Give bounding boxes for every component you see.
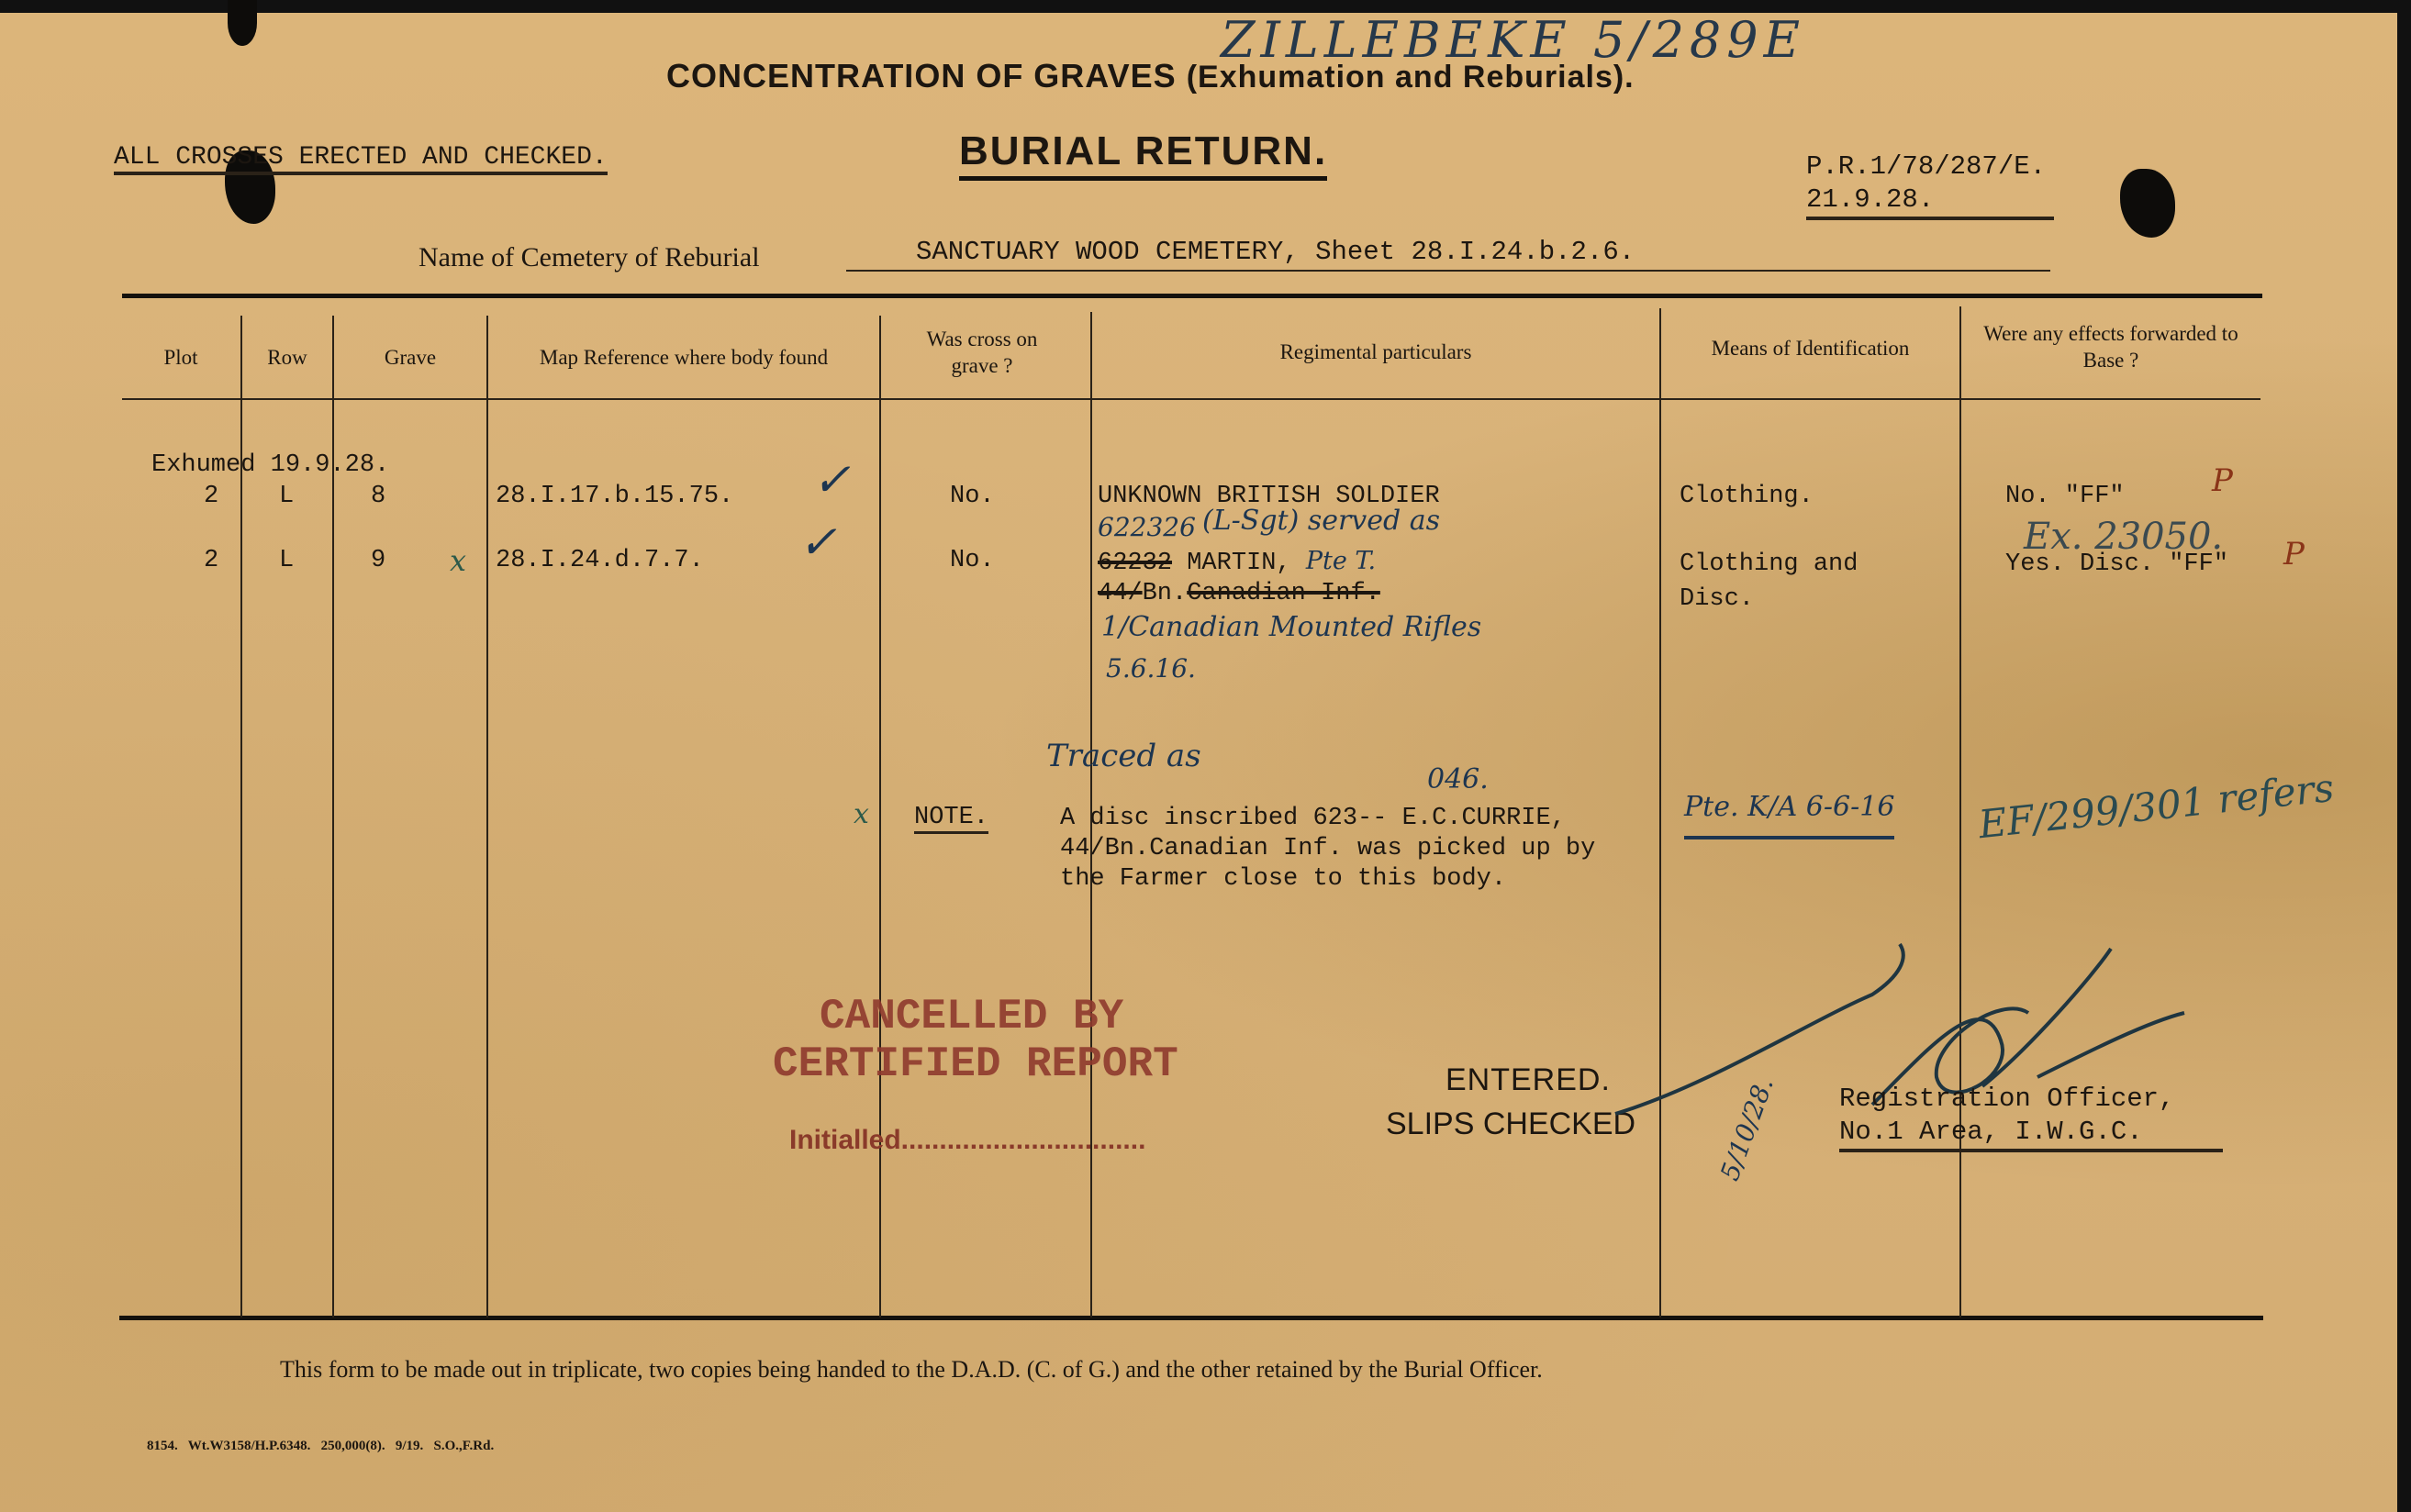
column-divider: [1959, 306, 1961, 1317]
cemetery-value: SANCTUARY WOOD CEMETERY, Sheet 28.I.24.b…: [916, 237, 1635, 267]
row2-effects: Yes. Disc. "FF": [2005, 550, 2228, 578]
note-line: the Farmer close to this body.: [1060, 864, 1595, 895]
row2-date-handwritten: 5.6.16.: [1106, 653, 1196, 684]
column-header-effects: Were any effects forwarded to Base ?: [1964, 321, 2258, 374]
check-mark-icon: ✓: [812, 453, 851, 506]
signature-title: Registration Officer, No.1 Area, I.W.G.C…: [1839, 1083, 2223, 1152]
signature-title-line2: No.1 Area, I.W.G.C.: [1839, 1116, 2223, 1152]
header-underline: [122, 398, 2260, 400]
cancelled-stamp-line2: CERTIFIED REPORT: [773, 1040, 1178, 1088]
cross-mark-icon: x: [450, 543, 466, 578]
title-suffix: (Exhumation and Reburials).: [1187, 60, 1635, 94]
row1-plot: 2: [204, 483, 218, 510]
unit-text: Bn.: [1143, 580, 1188, 607]
row2-map-reference: 28.I.24.d.7.7.: [496, 547, 704, 574]
row2-cross: No.: [950, 547, 995, 574]
column-header-regimental: Regimental particulars: [1092, 339, 1659, 366]
signature-title-line1: Registration Officer,: [1839, 1083, 2223, 1116]
reference-block: P.R.1/78/287/E. 21.9.28.: [1806, 150, 2054, 220]
row1-cross: No.: [950, 483, 995, 510]
row1-effects: No. "FF": [2005, 483, 2125, 510]
row2-rank-note-handwritten: (L-Sgt) served as: [1202, 505, 1440, 537]
form-title: CONCENTRATION OF GRAVES (Exhumation and …: [666, 57, 1635, 95]
note-line: A disc inscribed 623-- E.C.CURRIE,: [1060, 804, 1595, 834]
note-identification-handwritten: Pte. K/A 6-6-16: [1684, 791, 1894, 839]
row2-plot: 2: [204, 547, 218, 574]
soldier-name: MARTIN,: [1187, 550, 1290, 577]
struck-unit-number: 44/: [1098, 580, 1143, 607]
table-top-border: [122, 294, 2262, 298]
column-header-identification: Means of Identification: [1661, 336, 1959, 362]
row2-number-handwritten: 622326: [1098, 512, 1196, 542]
struck-number: 62232: [1098, 550, 1172, 577]
cemetery-label: Name of Cemetery of Reburial: [419, 242, 760, 273]
burial-return-document: ZILLEBEKE 5/289E CONCENTRATION OF GRAVES…: [0, 13, 2397, 1512]
name-handwritten: Pte T.: [1306, 547, 1376, 575]
paper-tear: [228, 0, 257, 46]
row2-row: L: [279, 547, 294, 574]
return-date: 21.9.28.: [1806, 183, 2054, 220]
page-title: BURIAL RETURN.: [959, 128, 1327, 181]
red-tick-mark: P: [2283, 536, 2305, 573]
column-divider: [1659, 308, 1661, 1317]
row2-regimental-name-line: 62232 MARTIN, Pte T.: [1098, 547, 1376, 577]
column-header-cross: Was cross on grave ?: [909, 327, 1055, 380]
row2-unit-line: 44/Bn.Canadian Inf.: [1098, 580, 1380, 607]
note-effects-handwritten: EF/299/301 refers: [1977, 765, 2337, 847]
note-handwritten-number: 046.: [1427, 763, 1489, 795]
cross-mark-icon: x: [854, 798, 869, 830]
cancelled-stamp-line1: CANCELLED BY: [820, 993, 1123, 1040]
row1-row: L: [279, 483, 294, 510]
note-handwritten-traced: Traced as: [1046, 738, 1201, 774]
exhumed-date: Exhumed 19.9.28.: [151, 451, 389, 479]
note-line: 44/Bn.Canadian Inf. was picked up by: [1060, 834, 1595, 864]
column-header-plot: Plot: [122, 345, 240, 372]
initialled-stamp: Initialled..............................…: [789, 1125, 1145, 1156]
crosses-note: ALL CROSSES ERECTED AND CHECKED.: [114, 143, 608, 175]
column-header-map-reference: Map Reference where body found: [488, 345, 879, 372]
cemetery-underline: [846, 270, 2050, 272]
row2-identification: Clothing and Disc.: [1680, 547, 1858, 617]
row1-map-reference: 28.I.17.b.15.75.: [496, 483, 733, 510]
column-header-grave: Grave: [334, 345, 486, 372]
entered-stamp: ENTERED.: [1445, 1062, 1611, 1098]
row2-grave: 9: [371, 547, 385, 574]
print-code: 8154. Wt.W3158/H.P.6348. 250,000(8). 9/1…: [147, 1439, 494, 1454]
note-label: NOTE.: [914, 804, 988, 834]
struck-unit-name: Canadian Inf.: [1187, 580, 1380, 607]
row1-identification: Clothing.: [1680, 483, 1814, 510]
check-mark-icon: ✓: [798, 516, 837, 569]
footer-instruction: This form to be made out in triplicate, …: [280, 1356, 1543, 1384]
table-bottom-border: [119, 1316, 2263, 1320]
column-divider: [486, 316, 488, 1317]
paper-hole: [2120, 169, 2175, 238]
row1-grave: 8: [371, 483, 385, 510]
row2-unit-handwritten: 1/Canadian Mounted Rifles: [1101, 611, 1481, 643]
column-divider: [879, 316, 881, 1317]
column-header-row: Row: [242, 345, 332, 372]
reference-number: P.R.1/78/287/E.: [1806, 150, 2054, 183]
note-text: A disc inscribed 623-- E.C.CURRIE,44/Bn.…: [1060, 804, 1595, 895]
red-tick-mark: P: [2212, 462, 2233, 499]
title-main: CONCENTRATION OF GRAVES: [666, 57, 1177, 94]
